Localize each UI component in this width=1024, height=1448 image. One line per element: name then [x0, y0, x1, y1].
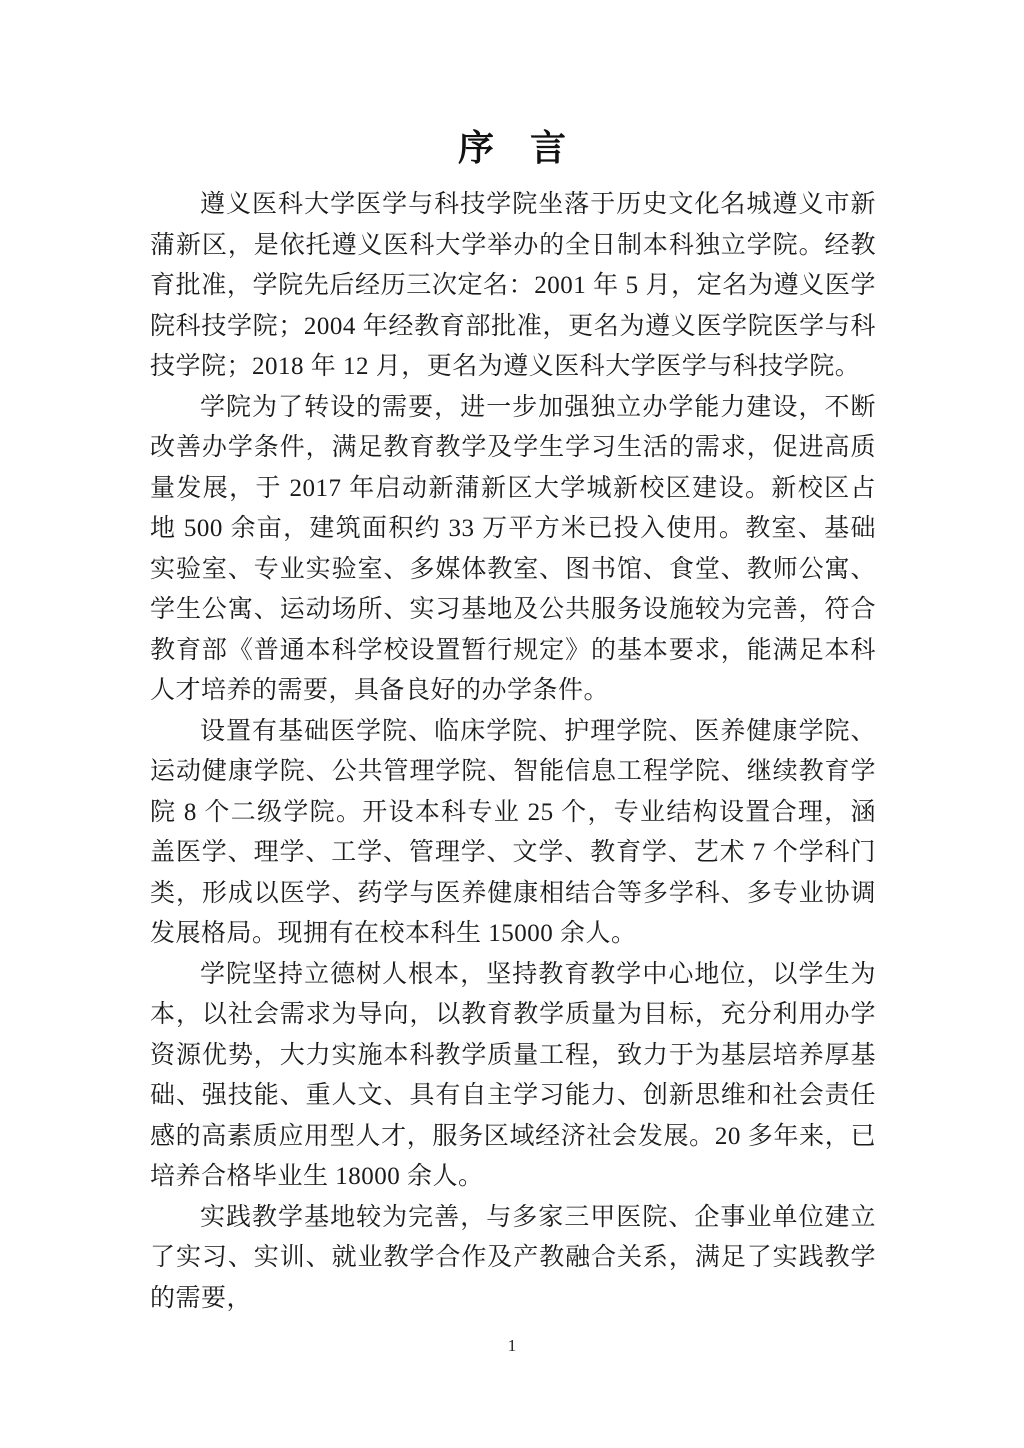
- paragraph-schools: 设置有基础医学院、临床学院、护理学院、医养健康学院、运动健康学院、公共管理学院、…: [150, 712, 876, 955]
- page-number: 1: [0, 1336, 1024, 1356]
- document-page: 序 言 遵义医科大学医学与科技学院坐落于历史文化名城遵义市新蒲新区，是依托遵义医…: [0, 0, 1024, 1448]
- paragraph-campus: 学院为了转设的需要，进一步加强独立办学能力建设，不断改善办学条件，满足教育教学及…: [150, 388, 876, 712]
- paragraph-history: 遵义医科大学医学与科技学院坐落于历史文化名城遵义市新蒲新区，是依托遵义医科大学举…: [150, 185, 876, 388]
- page-title: 序 言: [0, 128, 1024, 168]
- paragraph-practice-bases: 实践教学基地较为完善，与多家三甲医院、企事业单位建立了实习、实训、就业教学合作及…: [150, 1198, 876, 1320]
- paragraph-education-quality: 学院坚持立德树人根本，坚持教育教学中心地位，以学生为本，以社会需求为导向，以教育…: [150, 955, 876, 1198]
- document-body: 遵义医科大学医学与科技学院坐落于历史文化名城遵义市新蒲新区，是依托遵义医科大学举…: [150, 185, 876, 1319]
